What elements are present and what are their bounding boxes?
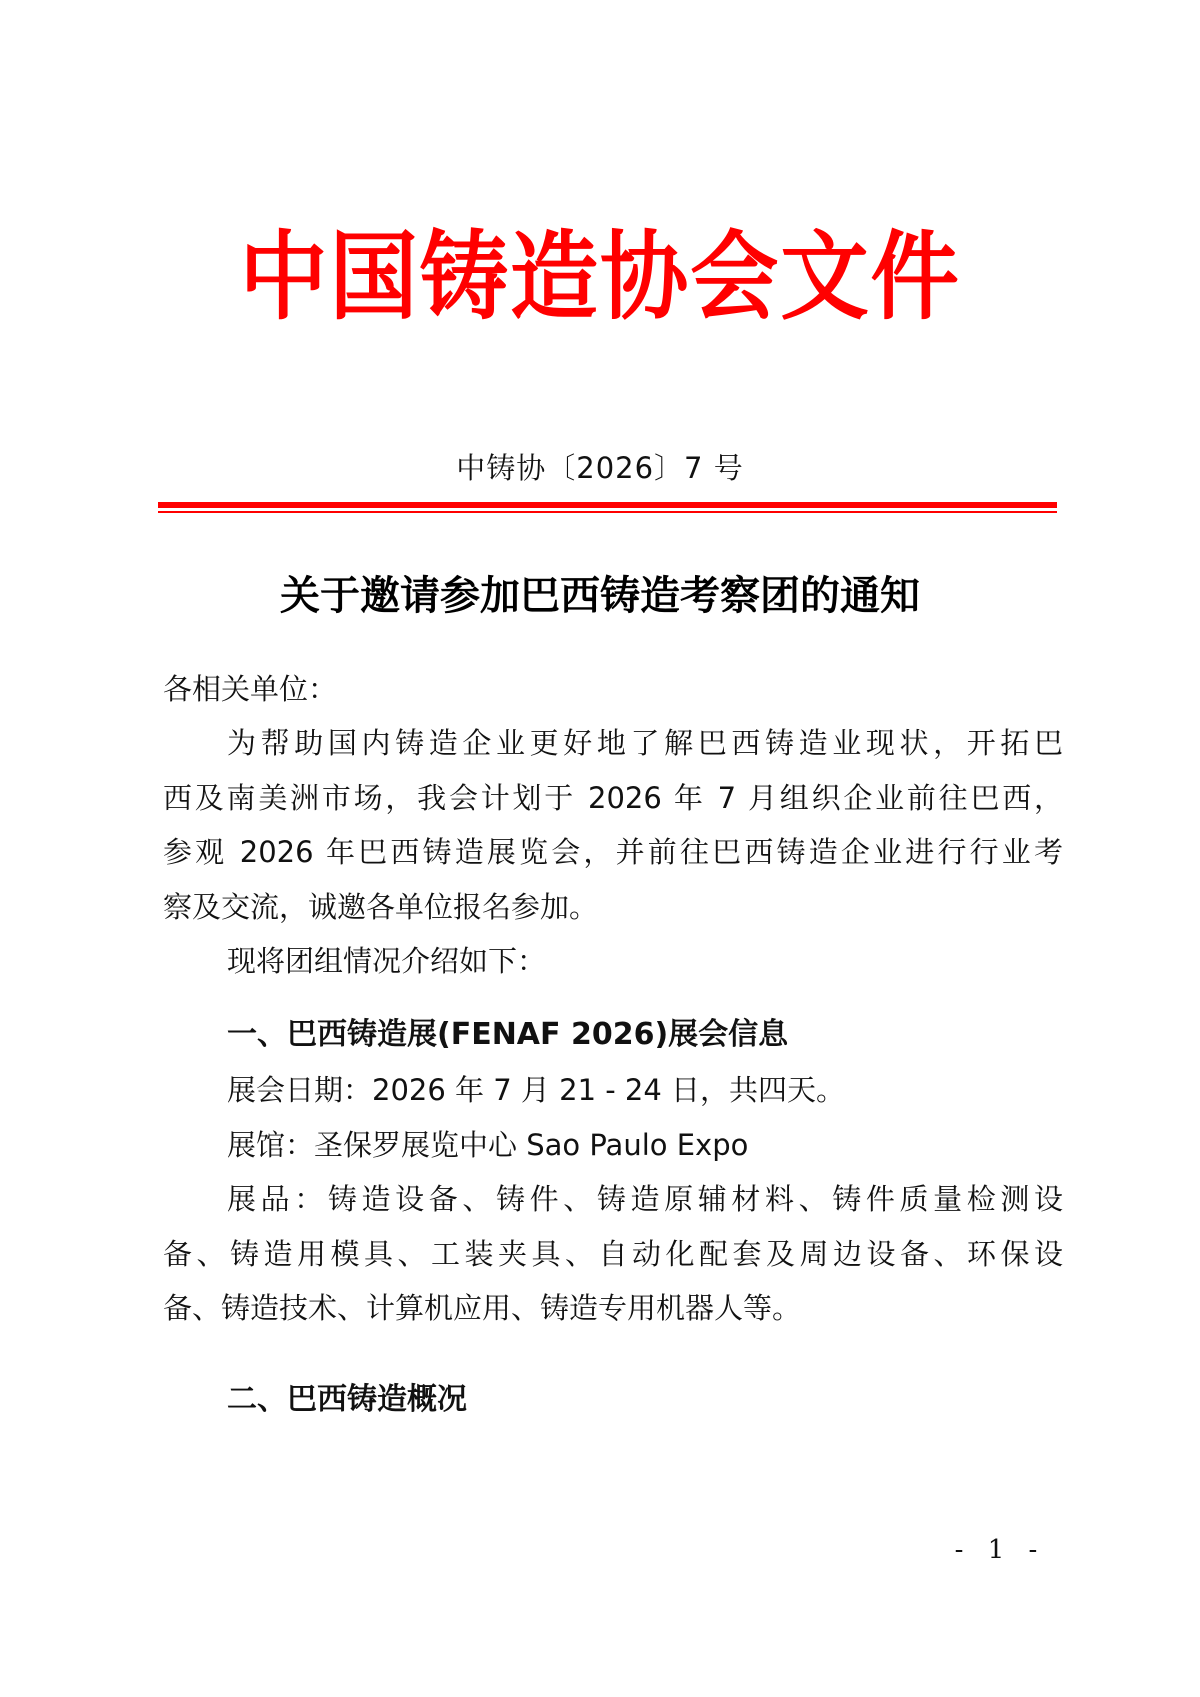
document-page: 中国铸造协会文件 中铸协〔2026〕7 号 关于邀请参加巴西铸造考察团的通知 各… xyxy=(0,0,1200,1697)
exhibition-venue: 展馆：圣保罗展览中心 Sao Paulo Expo xyxy=(163,1118,1063,1173)
intro-paragraph: 现将团组情况介绍如下： xyxy=(163,934,1063,989)
exhibition-details: 展会日期：2026 年 7 月 21 - 24 日，共四天。 展馆：圣保罗展览中… xyxy=(163,1063,1063,1336)
salutation: 各相关单位： xyxy=(163,662,1063,717)
exhibits-line: 展品：铸造设备、铸件、铸造原辅材料、铸件质量检测设 xyxy=(163,1172,1063,1227)
red-divider-thin xyxy=(158,511,1057,513)
red-divider-thick xyxy=(158,502,1057,508)
exhibits-line: 备、铸造用模具、工装夹具、自动化配套及周边设备、环保设 xyxy=(163,1227,1063,1282)
exhibition-date: 展会日期：2026 年 7 月 21 - 24 日，共四天。 xyxy=(163,1063,1063,1118)
paragraph-line: 西及南美洲市场，我会计划于 2026 年 7 月组织企业前往巴西， xyxy=(163,771,1063,826)
intro-text: 现将团组情况介绍如下： xyxy=(163,934,1063,989)
document-number: 中铸协〔2026〕7 号 xyxy=(0,448,1200,488)
notice-title: 关于邀请参加巴西铸造考察团的通知 xyxy=(0,568,1200,624)
paragraph-line: 察及交流，诚邀各单位报名参加。 xyxy=(163,880,1063,935)
section-heading-exhibition-info: 一、巴西铸造展(FENAF 2026)展会信息 xyxy=(227,1013,788,1057)
masthead-title: 中国铸造协会文件 xyxy=(48,222,1152,332)
section-heading-brazil-overview: 二、巴西铸造概况 xyxy=(227,1378,467,1422)
exhibits-line: 备、铸造技术、计算机应用、铸造专用机器人等。 xyxy=(163,1281,1063,1336)
page-number: - 1 - xyxy=(950,1530,1050,1570)
paragraph-intro: 为帮助国内铸造企业更好地了解巴西铸造业现状，开拓巴 西及南美洲市场，我会计划于 … xyxy=(163,716,1063,934)
paragraph-line: 为帮助国内铸造企业更好地了解巴西铸造业现状，开拓巴 xyxy=(163,716,1063,771)
salutation-text: 各相关单位： xyxy=(163,662,1063,717)
paragraph-line: 参观 2026 年巴西铸造展览会，并前往巴西铸造企业进行行业考 xyxy=(163,825,1063,880)
